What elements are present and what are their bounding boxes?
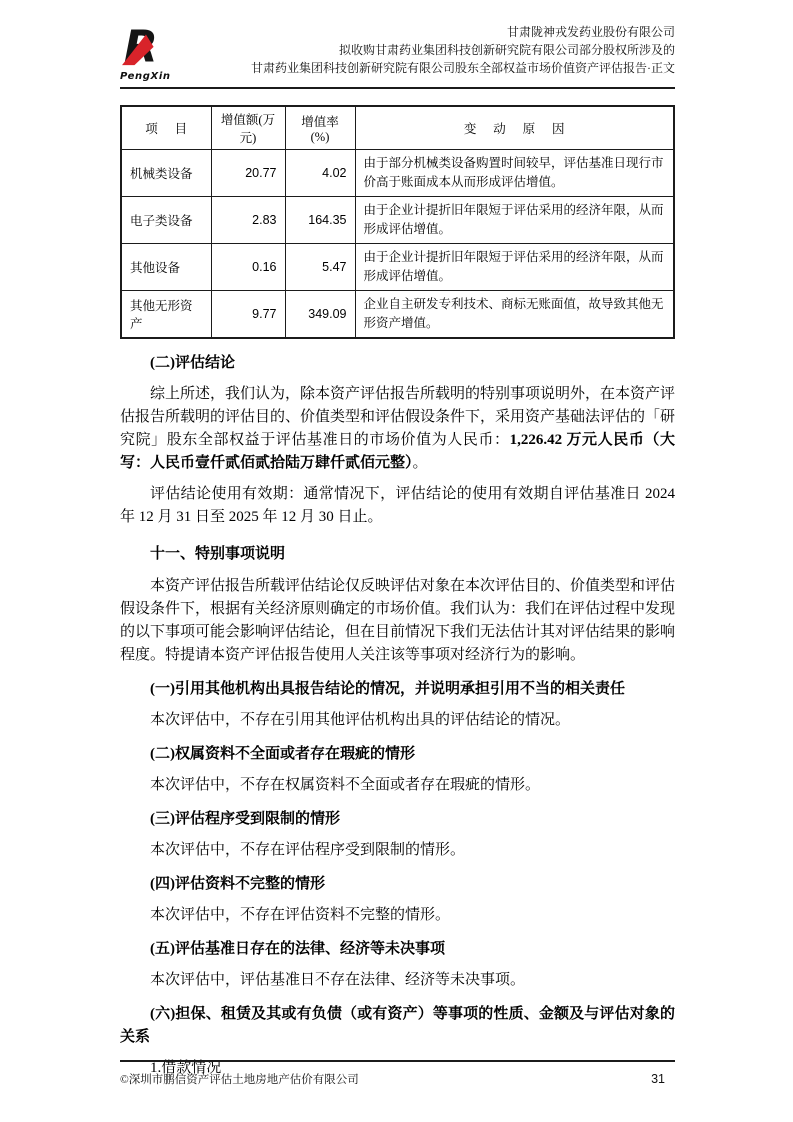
heading-special-item-5: (五)评估基准日存在的法律、经济等未决事项 [120,938,675,961]
heading-special-item-3: (三)评估程序受到限制的情形 [120,808,675,831]
cell-rate: 5.47 [285,244,355,291]
report-body: (二)评估结论 综上所述，我们认为，除本资产评估报告所载明的特别事项说明外，在本… [120,352,675,1080]
heading-special-matters: 十一、特别事项说明 [120,543,675,566]
cell-reason: 由于企业计提折旧年限短于评估采用的经济年限，从而形成评估增值。 [355,244,674,291]
paragraph-special-item-3: 本次评估中，不存在评估程序受到限制的情形。 [120,839,675,862]
paragraph-special-item-1: 本次评估中，不存在引用其他评估机构出具的评估结论的情况。 [120,709,675,732]
valuation-change-table: 项 目 增值额(万元) 增值率(%) 变 动 原 因 机械类设备 20.77 4… [120,105,675,339]
table-row: 电子类设备 2.83 164.35 由于企业计提折旧年限短于评估采用的经济年限，… [121,197,674,244]
paragraph-special-item-2: 本次评估中，不存在权属资料不全面或者存在瑕疵的情形。 [120,774,675,797]
report-title-line-2: 拟收购甘肃药业集团科技创新研究院有限公司部分股权所涉及的 [251,41,675,59]
heading-special-item-6: (六)担保、租赁及其或有负债（或有资产）等事项的性质、金额及与评估对象的关系 [120,1003,675,1049]
paragraph-special-item-4: 本次评估中，不存在评估资料不完整的情形。 [120,904,675,927]
cell-reason: 由于部分机械类设备购置时间较早，评估基准日现行市价高于账面成本从而形成评估增值。 [355,150,674,197]
table-header-row: 项 目 增值额(万元) 增值率(%) 变 动 原 因 [121,106,674,150]
table-row: 机械类设备 20.77 4.02 由于部分机械类设备购置时间较早，评估基准日现行… [121,150,674,197]
cell-reason: 由于企业计提折旧年限短于评估采用的经济年限，从而形成评估增值。 [355,197,674,244]
paragraph-special-intro: 本资产评估报告所载评估结论仅反映评估对象在本次评估目的、价值类型和评估假设条件下… [120,575,675,667]
cell-item: 其他无形资产 [121,291,211,339]
cell-item: 其他设备 [121,244,211,291]
cell-amount: 2.83 [211,197,285,244]
col-header-reason: 变 动 原 因 [355,106,674,150]
paragraph-special-item-5: 本次评估中，评估基准日不存在法律、经济等未决事项。 [120,969,675,992]
cell-amount: 9.77 [211,291,285,339]
table-row: 其他无形资产 9.77 349.09 企业自主研发专利技术、商标无账面值，故导致… [121,291,674,339]
document-page: R PengXin 甘肃陇神戎发药业股份有限公司 拟收购甘肃药业集团科技创新研究… [0,0,793,1122]
col-header-item: 项 目 [121,106,211,150]
header-rule [120,87,675,89]
cell-reason: 企业自主研发专利技术、商标无账面值，故导致其他无形资产增值。 [355,291,674,339]
cell-amount: 0.16 [211,244,285,291]
cell-item: 电子类设备 [121,197,211,244]
cell-item: 机械类设备 [121,150,211,197]
logo-r-mark: R [120,23,170,67]
col-header-amount: 增值额(万元) [211,106,285,150]
heading-special-item-1: (一)引用其他机构出具报告结论的情况，并说明承担引用不当的相关责任 [120,678,675,701]
page-header: R PengXin 甘肃陇神戎发药业股份有限公司 拟收购甘肃药业集团科技创新研究… [120,20,675,82]
page-footer: ©深圳市鹏信资产评估土地房地产估价有限公司 31 [120,1060,675,1087]
conclusion-period: 。 [413,455,428,471]
cell-rate: 164.35 [285,197,355,244]
heading-conclusion: (二)评估结论 [120,352,675,375]
report-title-line-1: 甘肃陇神戎发药业股份有限公司 [251,23,675,41]
cell-amount: 20.77 [211,150,285,197]
company-logo: R PengXin [120,20,192,82]
report-title-block: 甘肃陇神戎发药业股份有限公司 拟收购甘肃药业集团科技创新研究院有限公司部分股权所… [251,20,675,77]
page-number: 31 [651,1072,675,1086]
table-row: 其他设备 0.16 5.47 由于企业计提折旧年限短于评估采用的经济年限，从而形… [121,244,674,291]
cell-rate: 4.02 [285,150,355,197]
report-title-line-3: 甘肃药业集团科技创新研究院有限公司股东全部权益市场价值资产评估报告·正文 [251,59,675,77]
logo-brand-text: PengXin [120,71,192,82]
heading-special-item-2: (二)权属资料不全面或者存在瑕疵的情形 [120,743,675,766]
paragraph-conclusion: 综上所述，我们认为，除本资产评估报告所载明的特别事项说明外，在本资产评估报告所载… [120,383,675,475]
heading-special-item-4: (四)评估资料不完整的情形 [120,873,675,896]
cell-rate: 349.09 [285,291,355,339]
paragraph-validity: 评估结论使用有效期：通常情况下，评估结论的使用有效期自评估基准日 2024 年 … [120,483,675,529]
footer-copyright: ©深圳市鹏信资产评估土地房地产估价有限公司 [120,1071,359,1087]
col-header-rate: 增值率(%) [285,106,355,150]
